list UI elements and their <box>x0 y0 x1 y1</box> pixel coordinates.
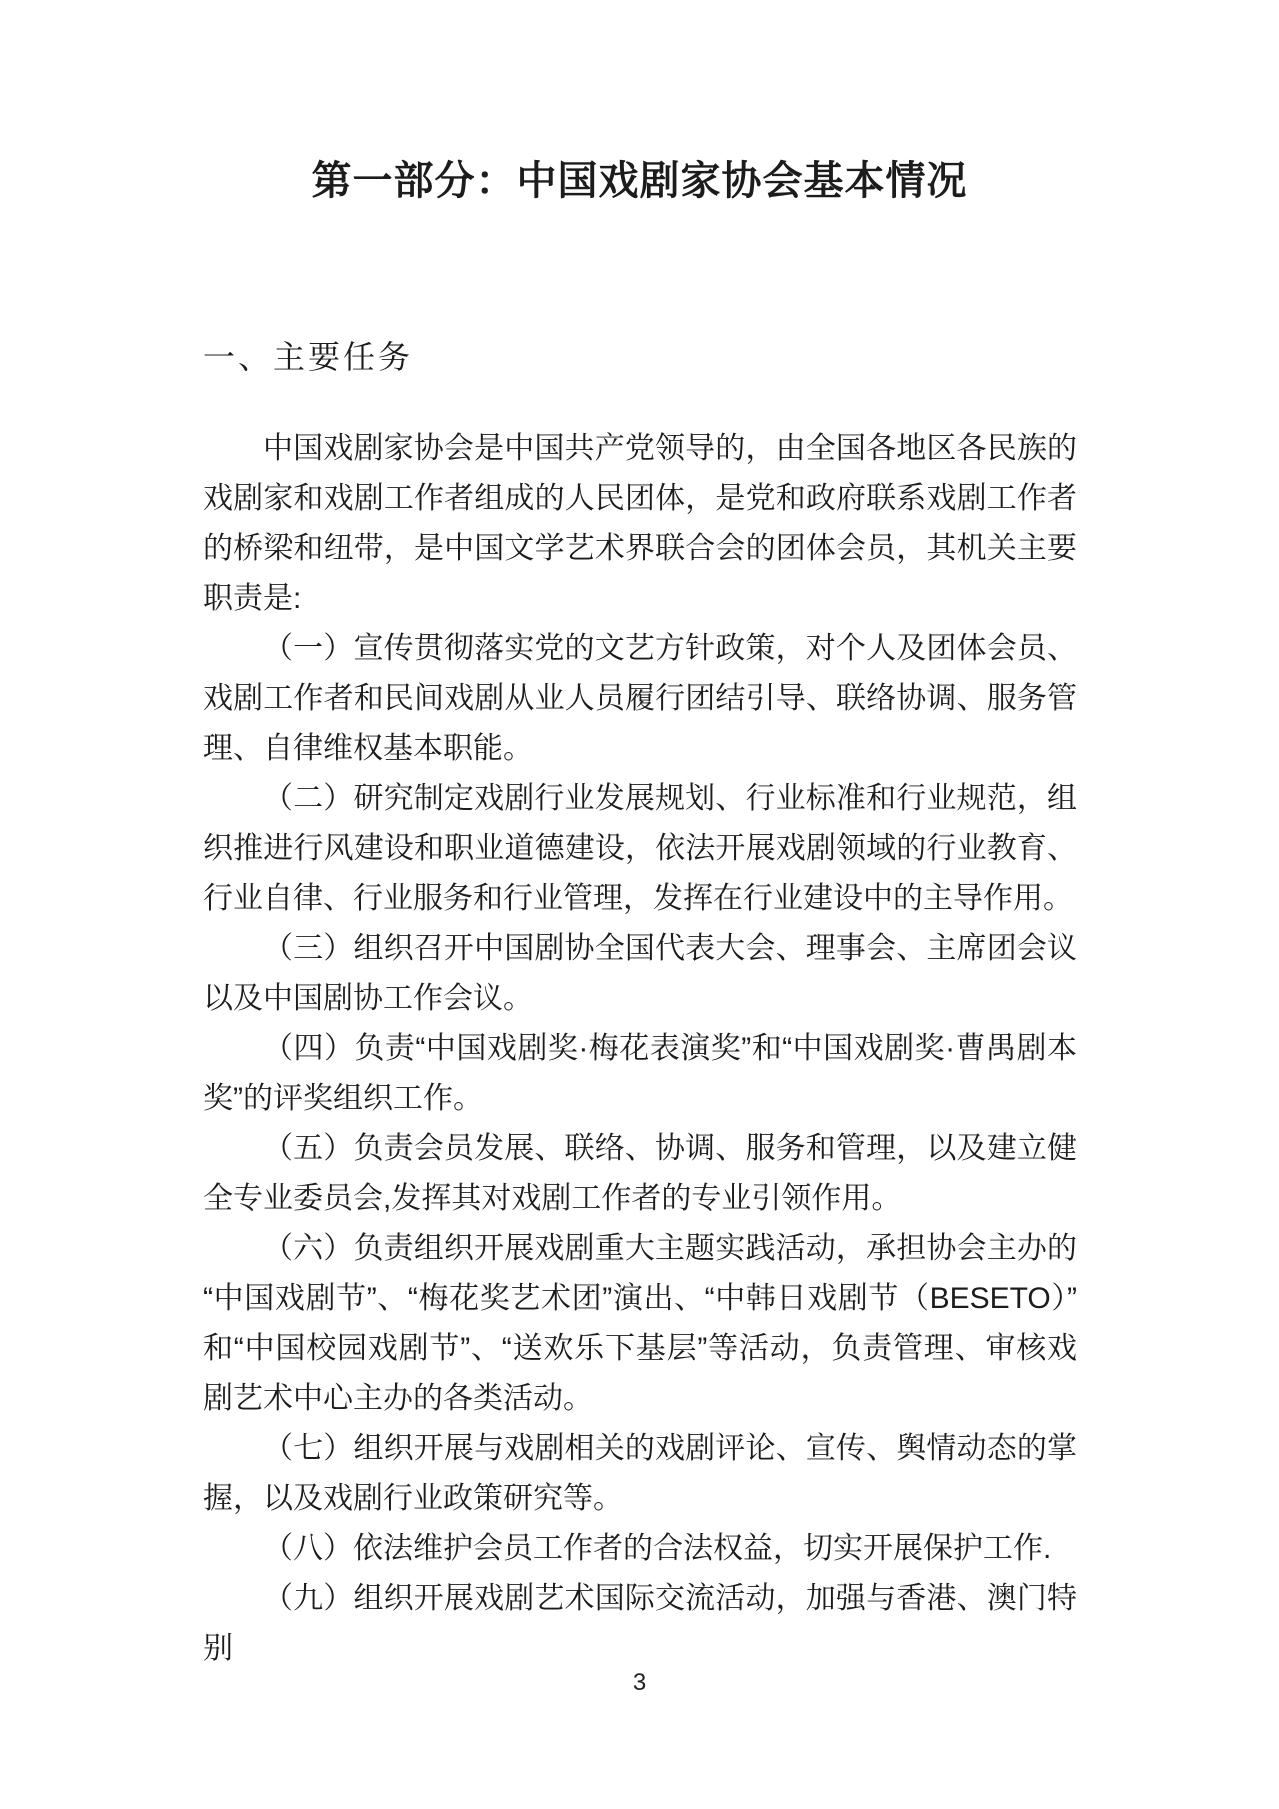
document-body: 中国戏剧家协会是中国共产党领导的，由全国各地区各民族的戏剧家和戏剧工作者组成的人… <box>203 424 1077 1674</box>
paragraph-item-3: （三）组织召开中国剧协全国代表大会、理事会、主席团会议以及中国剧协工作会议。 <box>203 924 1077 1024</box>
page-number: 3 <box>0 1668 1279 1698</box>
paragraph-item-1: （一）宣传贯彻落实党的文艺方针政策，对个人及团体会员、戏剧工作者和民间戏剧从业人… <box>203 624 1077 774</box>
paragraph-item-5: （五）负责会员发展、联络、协调、服务和管理，以及建立健全专业委员会,发挥其对戏剧… <box>203 1124 1077 1224</box>
paragraph-intro: 中国戏剧家协会是中国共产党领导的，由全国各地区各民族的戏剧家和戏剧工作者组成的人… <box>203 424 1077 624</box>
paragraph-item-2: （二）研究制定戏剧行业发展规划、行业标准和行业规范，组织推进行风建设和职业道德建… <box>203 774 1077 924</box>
paragraph-item-6: （六）负责组织开展戏剧重大主题实践活动，承担协会主办的“中国戏剧节”、“梅花奖艺… <box>203 1224 1077 1424</box>
paragraph-item-7: （七）组织开展与戏剧相关的戏剧评论、宣传、舆情动态的掌握，以及戏剧行业政策研究等… <box>203 1424 1077 1524</box>
paragraph-item-4: （四）负责“中国戏剧奖·梅花表演奖”和“中国戏剧奖·曹禺剧本奖”的评奖组织工作。 <box>203 1024 1077 1124</box>
document-page: 第一部分：中国戏剧家协会基本情况 一、主要任务 中国戏剧家协会是中国共产党领导的… <box>0 0 1279 1809</box>
section-heading: 一、主要任务 <box>203 334 1279 380</box>
page-title: 第一部分：中国戏剧家协会基本情况 <box>0 0 1279 210</box>
paragraph-item-8: （八）依法维护会员工作者的合法权益，切实开展保护工作. <box>203 1524 1077 1574</box>
paragraph-item-9: （九）组织开展戏剧艺术国际交流活动，加强与香港、澳门特别 <box>203 1574 1077 1674</box>
